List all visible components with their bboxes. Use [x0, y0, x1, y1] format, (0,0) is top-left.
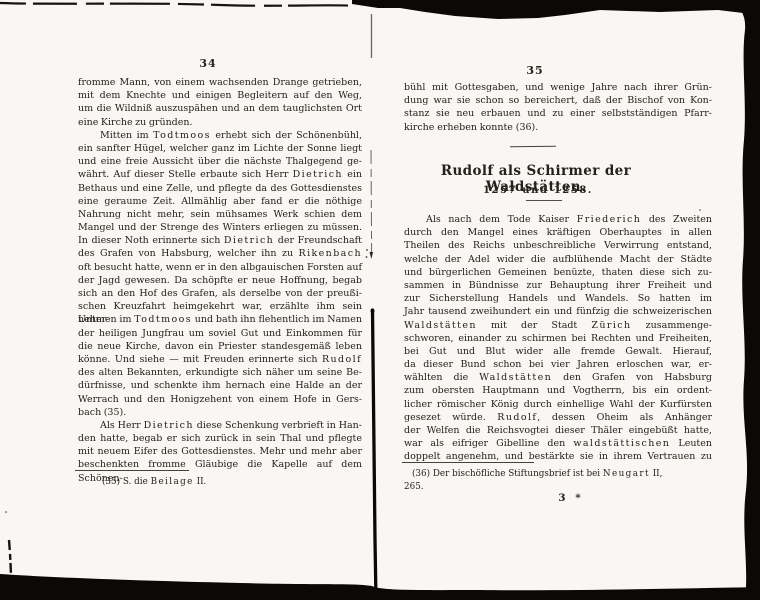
letterspaced-word: Rikenbach: [299, 248, 362, 259]
paragraph: fromme Mann, von einem wachsenden Drange…: [78, 76, 362, 129]
right-scan-band: [736, 0, 760, 600]
letterspaced-word: Neugart: [603, 469, 650, 479]
text-line: da dieser Bund schon bei vier Jahren erl…: [404, 358, 712, 371]
letterspaced-word: Dietrich: [144, 420, 194, 431]
letterspaced-word: Todtmoos: [134, 314, 192, 325]
text-line: gesezet würde. Rudolf, dessen Oheim als …: [404, 411, 712, 424]
text-line: bühl mit Gottesgaben, und wenige Jahre n…: [404, 81, 712, 94]
text-line: Jahr tausend zweihundert ein und fünfzig…: [404, 305, 712, 318]
text-line: schworen, einander zu schirmen bei Recht…: [404, 332, 712, 345]
letterspaced-word: Todtmoos: [153, 130, 211, 141]
letterspaced-word: Rudolf: [497, 412, 537, 423]
text-line: war als eifriger Gibelline den waldstätt…: [404, 437, 712, 450]
gutter-line-middle: [371, 150, 372, 252]
left-margin-mark: [9, 540, 11, 575]
text-line: nehmen im Todtmoos und bath ihn flehentl…: [78, 313, 362, 326]
page-number: 35: [404, 64, 712, 77]
text-line: Als nach dem Tode Kaiser Friederich des …: [404, 213, 712, 226]
letterspaced-word: Zürich: [591, 320, 631, 331]
letterspaced-word: Rudolf: [322, 354, 362, 365]
footnote-rule: [402, 462, 534, 463]
scanned-book-spread: { "colors": { "paper": "#f8f7f3", "ink":…: [0, 0, 760, 600]
text-line: sich an den Hof des Grafen, als derselbe…: [78, 287, 362, 300]
text-line: stanz sie neu erbauen und zu einer selbs…: [404, 107, 712, 120]
bottom-scan-band: [0, 574, 760, 600]
book-page-right: 35 bühl mit Gottesgaben, und wenige Jahr…: [404, 62, 712, 522]
footnote-text: (36) Der bischöfliche Stiftungsbrief ist…: [404, 468, 712, 481]
text-line: eine geraume Zeit. Allmählig aber fand e…: [78, 195, 362, 208]
text-line: bei Gut und Blut wider alle fremde Gewal…: [404, 345, 712, 358]
text-line: Bethaus und eine Zelle, und pflegte da d…: [78, 182, 362, 195]
letterspaced-word: Beilage: [151, 477, 194, 487]
text-line: mit neuem Eifer des Gottesdienstes. Mehr…: [78, 445, 362, 458]
page-right-intro: bühl mit Gottesgaben, und wenige Jahre n…: [404, 81, 712, 134]
text-line: zur Sicherstellung Handels und Wandels. …: [404, 292, 712, 305]
letterspaced-word: waldstättischen: [573, 438, 670, 449]
letterspaced-word: Friederich: [577, 214, 642, 225]
text-line: kirche erheben konnte (36).: [404, 121, 712, 134]
text-line: der Jagd gewesen. Da schöpfte er neue Ho…: [78, 274, 362, 287]
text-line: der Welfen die Reichsvogtei dieser Thäle…: [404, 424, 712, 437]
text-line: könne. Und siehe — mit Freuden erinnerte…: [78, 353, 362, 366]
text-line: ein sanfter Hügel, welcher ganz im Licht…: [78, 142, 362, 155]
text-line: welche der Adel wider die aufblühende Ma…: [404, 253, 712, 266]
footnote-rule: [75, 470, 189, 471]
paragraph: bühl mit Gottesgaben, und wenige Jahre n…: [404, 81, 712, 134]
dates-rule: [526, 200, 562, 201]
gutter-speck: [366, 256, 368, 258]
text-line: und bürgerlichen Gemeinen benüzte, thate…: [404, 266, 712, 279]
letterspaced-word: Waldstätten: [404, 320, 477, 331]
text-line: Mitten im Todtmoos erhebt sich der Schön…: [78, 129, 362, 142]
printers-signature: 3 *: [404, 492, 712, 504]
gutter-line-head: [371, 309, 375, 313]
text-line: der heiligen Jungfrau um soviel Gut und …: [78, 327, 362, 340]
footnote-text: (35) S. die Beilage II.: [78, 476, 362, 489]
book-page-left: 34 fromme Mann, von einem wachsenden Dra…: [78, 57, 362, 497]
text-line: bach (35).: [78, 406, 362, 419]
gutter-arrow-mark: [370, 252, 374, 259]
text-line: des alten Bekannten, erkundigte sich näh…: [78, 366, 362, 379]
page-number: 34: [78, 57, 362, 70]
text-line: den hatte, begab er sich zurück in sein …: [78, 432, 362, 445]
top-scan-thin-line: [0, 3, 356, 6]
text-line: und eine freie Aussicht über die nächste…: [78, 155, 362, 168]
page-left-body: fromme Mann, von einem wachsenden Drange…: [78, 76, 362, 472]
text-line: Werrach und den Honigzehent von einem Ho…: [78, 393, 362, 406]
text-line: eine Kirche zu gründen.: [78, 116, 362, 129]
text-line: wählten die Waldstätten den Grafen von H…: [404, 371, 712, 384]
letterspaced-word: Waldstätten: [479, 372, 552, 383]
section-divider-rule: [510, 146, 556, 150]
text-line: Mangel und der Strenge des Winters erlie…: [78, 221, 362, 234]
text-line: schen Kreuzfahrt heimgekehrt war, erzähl…: [78, 300, 362, 313]
paragraph: Als nach dem Tode Kaiser Friederich des …: [404, 213, 712, 464]
text-line: dürfnisse, und schenkte ihm hernach eine…: [78, 379, 362, 392]
text-line: oft besucht hatte, wenn er in den albgau…: [78, 261, 362, 274]
text-line: die neue Kirche, davon ein Priester stan…: [78, 340, 362, 353]
gutter-line-bottom: [373, 310, 377, 600]
text-line: In dieser Noth erinnerte sich Dietrich d…: [78, 234, 362, 247]
text-line: Waldstätten mit der Stadt Zürich zusamme…: [404, 319, 712, 332]
text-line: dung war sie schon so bereichert, daß de…: [404, 94, 712, 107]
footnote: (35) S. die Beilage II.: [78, 476, 362, 489]
top-scan-band: [352, 0, 760, 19]
text-line: mit dem Knechte und einigen Begleitern a…: [78, 89, 362, 102]
text-line: zum obersten Hauptmann und Vogtherrn, bi…: [404, 384, 712, 397]
paragraph: Mitten im Todtmoos erhebt sich der Schön…: [78, 129, 362, 419]
gutter-speck: [366, 249, 368, 251]
text-line: um die Wildniß auszuspähen und an dem ta…: [78, 102, 362, 115]
text-line: sammen in Bündnisse zur Behauptung ihrer…: [404, 279, 712, 292]
letterspaced-word: Dietrich: [293, 169, 343, 180]
text-line: Als Herr Dietrich diese Schenkung verbri…: [78, 419, 362, 432]
text-line: währt. Auf dieser Stelle erbaute sich He…: [78, 168, 362, 181]
letterspaced-word: Dietrich: [224, 235, 274, 246]
page-right-body: Als nach dem Tode Kaiser Friederich des …: [404, 213, 712, 464]
text-line: des Grafen von Habsburg, welcher ihn zu …: [78, 247, 362, 260]
paragraph: Als Herr Dietrich diese Schenkung verbri…: [78, 419, 362, 472]
text-line: durch den Mangel eines kräftigen Oberhau…: [404, 226, 712, 239]
footnote: (36) Der bischöfliche Stiftungsbrief ist…: [404, 468, 712, 493]
text-line: Nahrung nicht mehr, sein mühsames Werk s…: [78, 208, 362, 221]
section-dates: 1257 und 1258.: [404, 185, 712, 196]
text-line: fromme Mann, von einem wachsenden Drange…: [78, 76, 362, 89]
text-line: licher römischer König durch einhellige …: [404, 398, 712, 411]
left-margin-speck: [5, 511, 7, 513]
text-line: Theilen des Reichs unbeschreibliche Verw…: [404, 239, 712, 252]
